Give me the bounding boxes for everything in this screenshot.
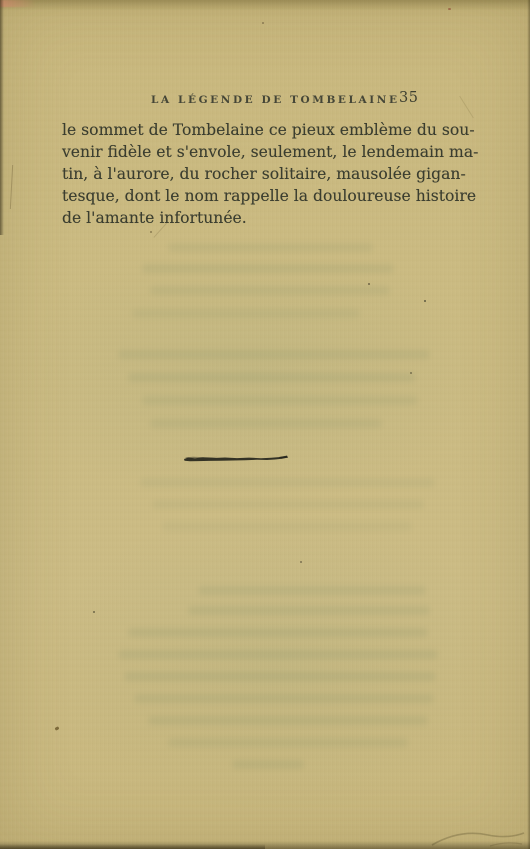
show-through-line [128, 628, 428, 637]
text-line: le sommet de Tombelaine ce pieux emblème… [62, 119, 464, 141]
paper-speck [410, 372, 412, 374]
section-divider-rule [183, 454, 289, 466]
paper-speck [368, 283, 370, 285]
show-through-line [150, 419, 382, 428]
top-left-corner-discoloration [0, 0, 36, 7]
page-edge-shadow-top [0, 0, 530, 10]
page-number: 35 [399, 90, 418, 106]
show-through-line [142, 264, 394, 273]
text-line: de l'amante infortunée. [62, 207, 464, 229]
scanned-book-page: LA LÉGENDE DE TOMBELAINE 35 le sommet de… [0, 0, 530, 849]
show-through-line [152, 500, 424, 509]
show-through-line [142, 396, 418, 405]
text-line: tesque, dont le nom rappelle la douloure… [62, 185, 464, 207]
show-through-line [168, 243, 373, 252]
show-through-line [140, 478, 435, 487]
paper-speck [424, 300, 426, 302]
show-through-line [118, 650, 438, 659]
show-through-line [134, 694, 434, 703]
paper-fiber [10, 165, 13, 209]
page-edge-shadow-bottom-left [0, 844, 265, 849]
show-through-line [118, 350, 430, 359]
page-edge-shadow-left [0, 0, 4, 235]
paper-speck [150, 231, 152, 233]
paper-speck [93, 611, 95, 613]
show-through-line [188, 606, 430, 615]
paper-speck [300, 561, 302, 563]
paragraph: le sommet de Tombelaine ce pieux emblème… [62, 119, 464, 229]
show-through-line [168, 738, 408, 747]
text-line: tin, à l'aurore, du rocher solitaire, ma… [62, 163, 464, 185]
show-through-line [132, 309, 360, 318]
text-line: venir fidèle et s'envole, seulement, le … [62, 141, 464, 163]
show-through-line [150, 286, 390, 295]
show-through-line [198, 586, 426, 595]
paper-speck [262, 22, 264, 24]
show-through-line [162, 522, 412, 531]
running-header-title: LA LÉGENDE DE TOMBELAINE [151, 94, 400, 106]
show-through-line [148, 716, 428, 725]
paper-speck [55, 726, 60, 731]
show-through-line [128, 373, 416, 382]
paper-fiber [459, 96, 474, 119]
show-through-line [232, 760, 304, 769]
show-through-line [124, 672, 436, 681]
